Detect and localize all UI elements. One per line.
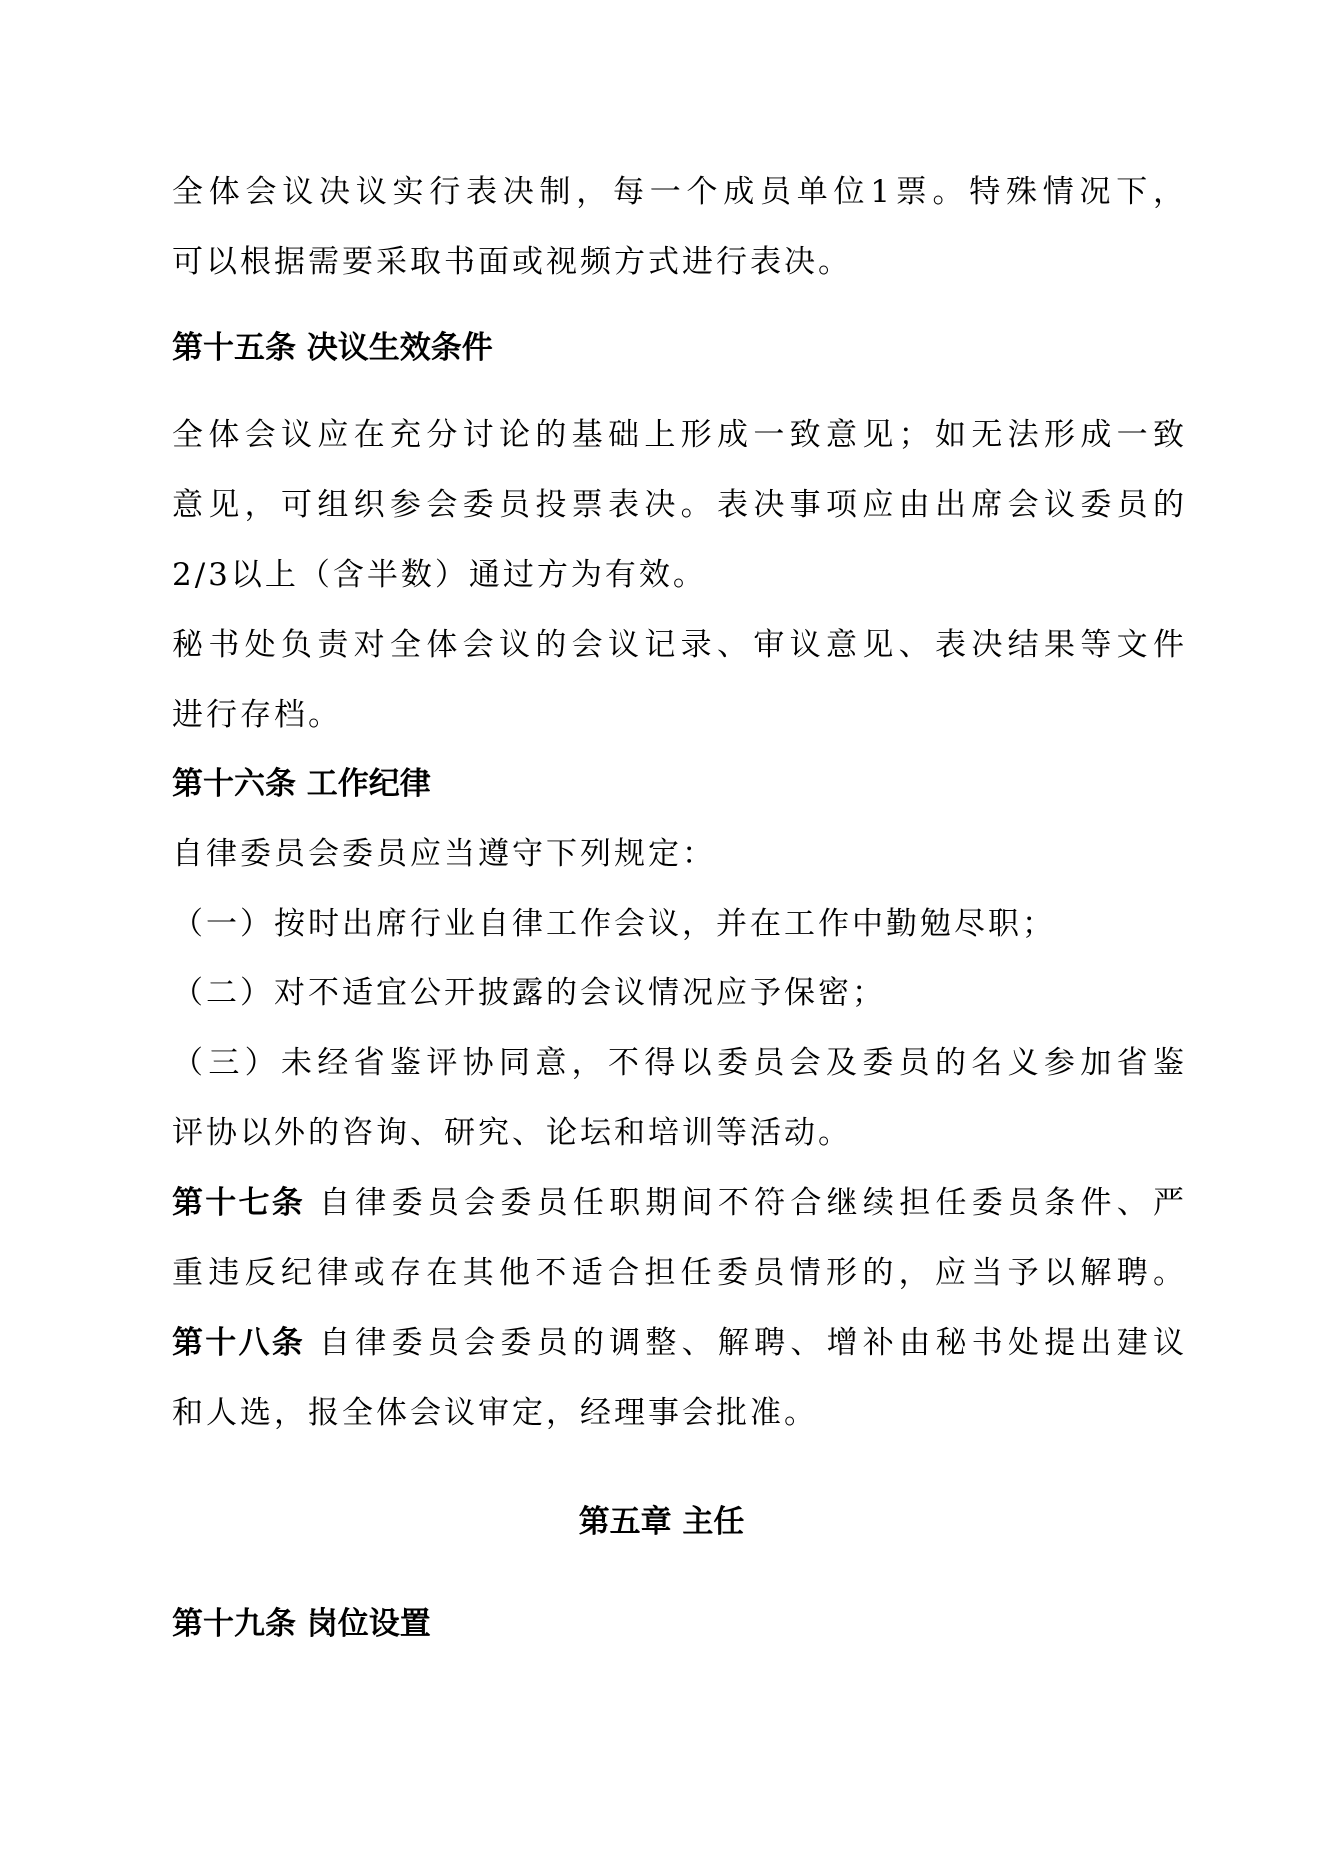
article-16-item-3-line-1: （三）未经省鉴评协同意，不得以委员会及委员的名义参加省鉴	[172, 1043, 1187, 1083]
chapter-5-heading: 第五章 主任	[0, 1502, 1323, 1542]
article-15-heading: 第十五条 决议生效条件	[172, 328, 1187, 368]
paragraph-voting-line-1: 全体会议决议实行表决制，每一个成员单位1票。特殊情况下，	[172, 172, 1187, 212]
article-17-line-1: 第十七条自律委员会委员任职期间不符合继续担任委员条件、严	[172, 1183, 1187, 1223]
paragraph-effect-line-3: 2/3以上（含半数）通过方为有效。	[172, 555, 1187, 595]
article-16-intro: 自律委员会委员应当遵守下列规定：	[172, 834, 1187, 874]
article-16-item-2: （二）对不适宜公开披露的会议情况应予保密；	[172, 973, 1187, 1013]
article-18-line-1: 第十八条自律委员会委员的调整、解聘、增补由秘书处提出建议	[172, 1323, 1187, 1363]
article-18-text-1: 自律委员会委员的调整、解聘、增补由秘书处提出建议	[319, 1325, 1187, 1361]
paragraph-archive-line-1: 秘书处负责对全体会议的会议记录、审议意见、表决结果等文件	[172, 625, 1187, 665]
article-19-heading: 第十九条 岗位设置	[172, 1604, 1187, 1644]
paragraph-archive-line-2: 进行存档。	[172, 695, 1187, 735]
article-18-lead: 第十八条	[172, 1325, 305, 1361]
paragraph-voting-line-2: 可以根据需要采取书面或视频方式进行表决。	[172, 242, 1187, 282]
article-17-text-1: 自律委员会委员任职期间不符合继续担任委员条件、严	[319, 1185, 1187, 1221]
paragraph-effect-line-1: 全体会议应在充分讨论的基础上形成一致意见；如无法形成一致	[172, 415, 1187, 455]
article-16-item-1: （一）按时出席行业自律工作会议，并在工作中勤勉尽职；	[172, 904, 1187, 944]
article-16-item-3-line-2: 评协以外的咨询、研究、论坛和培训等活动。	[172, 1113, 1187, 1153]
paragraph-effect-line-2: 意见，可组织参会委员投票表决。表决事项应由出席会议委员的	[172, 485, 1187, 525]
article-18-line-2: 和人选，报全体会议审定，经理事会批准。	[172, 1393, 1187, 1433]
article-16-heading: 第十六条 工作纪律	[172, 764, 1187, 804]
article-17-line-2: 重违反纪律或存在其他不适合担任委员情形的，应当予以解聘。	[172, 1253, 1187, 1293]
article-17-lead: 第十七条	[172, 1185, 305, 1221]
